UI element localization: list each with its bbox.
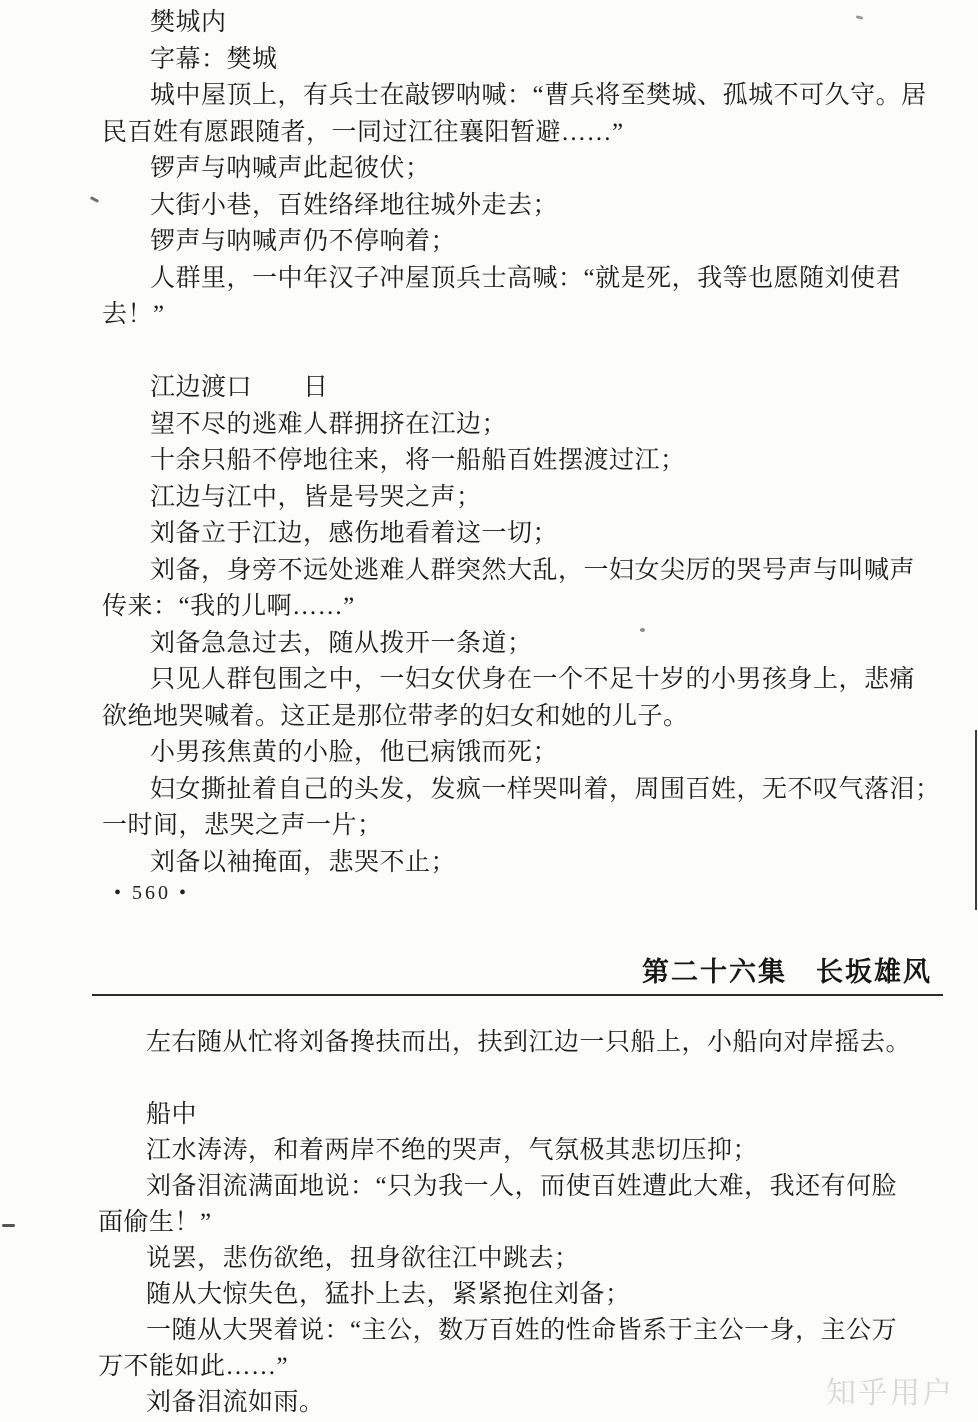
- script-line: 只见人群包围之中，一妇女伏身在一个不足十岁的小男孩身上，悲痛: [102, 663, 958, 700]
- script-text-block-bottom: 左右随从忙将刘备搀扶而出，扶到江边一只船上，小船向对岸摇去。 船中 江水涛涛，和…: [98, 1026, 958, 1422]
- script-line: 十余只船不停地往来，将一船船百姓摆渡过江；: [102, 444, 958, 481]
- script-line: 刘备以袖掩面，悲哭不止；: [102, 846, 958, 883]
- script-line: 欲绝地哭喊着。这正是那位带孝的妇女和她的儿子。: [102, 700, 958, 737]
- script-line: 传来：“我的儿啊……”: [102, 590, 958, 627]
- script-line: 一时间，悲哭之声一片；: [102, 809, 958, 846]
- script-line: 大街小巷，百姓络绎地往城外走去；: [102, 189, 958, 226]
- script-line: 一随从大哭着说：“主公，数万百姓的性命皆系于主公一身，主公万: [98, 1314, 958, 1350]
- zhihu-user-watermark: 知乎用户: [826, 1368, 954, 1412]
- page-number: • 560 •: [114, 882, 189, 905]
- script-line: 刘备泪流满面地说：“只为我一人，而使百姓遭此大难，我还有何脸: [98, 1170, 958, 1206]
- scene-heading: 江边渡口 日: [102, 371, 958, 408]
- script-line: 人群里，一中年汉子冲屋顶兵士高喊：“就是死，我等也愿随刘使君: [102, 262, 958, 299]
- script-line: 字幕：樊城: [102, 43, 958, 80]
- script-line: 刘备急急过去，随从拨开一条道；: [102, 627, 958, 664]
- scan-artifact-line: [975, 730, 977, 910]
- blank-line: [98, 1062, 958, 1098]
- script-line: 锣声与呐喊声此起彼伏；: [102, 152, 958, 189]
- script-line: 刘备立于江边，感伤地看着这一切；: [102, 517, 958, 554]
- script-line: 锣声与呐喊声仍不停响着；: [102, 225, 958, 262]
- script-line: 民百姓有愿跟随者，一同过江往襄阳暂避……”: [102, 116, 958, 153]
- scanned-script-page: 樊城内 字幕：樊城 城中屋顶上，有兵士在敲锣呐喊：“曹兵将至樊城、孤城不可久守。…: [0, 0, 978, 1422]
- script-line: 樊城内: [102, 6, 958, 43]
- scene-heading: 船中: [98, 1098, 958, 1134]
- script-line: 刘备，身旁不远处逃难人群突然大乱，一妇女尖厉的哭号声与叫喊声: [102, 554, 958, 591]
- script-line: 随从大惊失色，猛扑上去，紧紧抱住刘备；: [98, 1278, 958, 1314]
- script-line: 去！”: [102, 298, 958, 335]
- script-line: 说罢，悲伤欲绝，扭身欲往江中跳去；: [98, 1242, 958, 1278]
- script-line: 小男孩焦黄的小脸，他已病饿而死；: [102, 736, 958, 773]
- script-line: 城中屋顶上，有兵士在敲锣呐喊：“曹兵将至樊城、孤城不可久守。居: [102, 79, 958, 116]
- script-text-block-top: 樊城内 字幕：樊城 城中屋顶上，有兵士在敲锣呐喊：“曹兵将至樊城、孤城不可久守。…: [102, 6, 958, 882]
- script-line: 面偷生！”: [98, 1206, 958, 1242]
- script-line: 江水涛涛，和着两岸不绝的哭声，气氛极其悲切压抑；: [98, 1134, 958, 1170]
- running-header: 第二十六集 长坂雄风: [642, 950, 932, 989]
- scan-noise-mark: [90, 196, 99, 203]
- blank-line: [102, 335, 958, 372]
- script-line: 江边与江中，皆是号哭之声；: [102, 481, 958, 518]
- script-line: 妇女撕扯着自己的头发，发疯一样哭叫着，周围百姓，无不叹气落泪；: [102, 773, 958, 810]
- header-rule: [92, 994, 943, 996]
- scan-noise-mark: [2, 1224, 15, 1227]
- scan-noise-mark: [640, 628, 645, 632]
- script-line: 左右随从忙将刘备搀扶而出，扶到江边一只船上，小船向对岸摇去。: [98, 1026, 958, 1062]
- script-line: 望不尽的逃难人群拥挤在江边；: [102, 408, 958, 445]
